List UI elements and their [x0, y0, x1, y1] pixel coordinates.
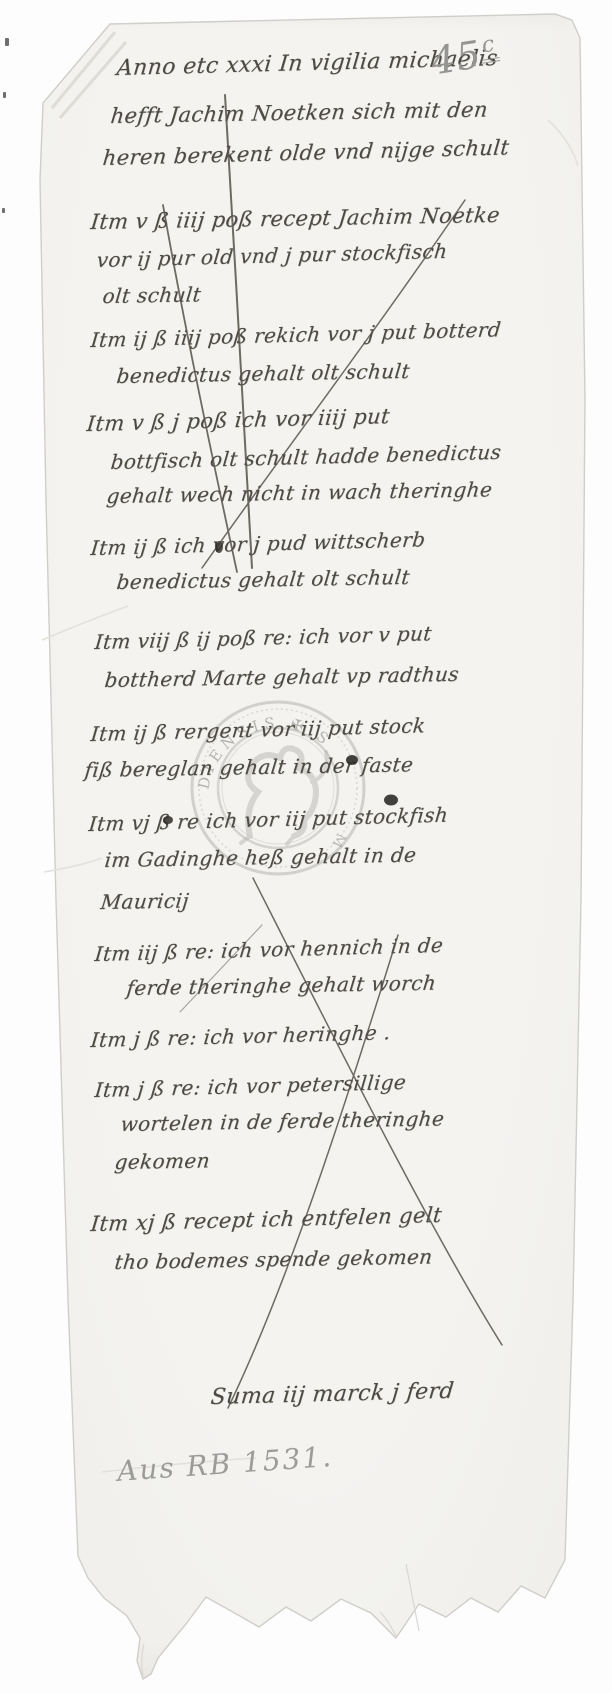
manuscript-line: Mauricij: [99, 888, 190, 914]
manuscript-line: olt schult: [101, 282, 202, 308]
corner-mark-number: 45: [428, 32, 485, 83]
scan-background: DIENSIS ✠ S M Anno etc xxxi In vigilia m…: [0, 0, 612, 1693]
manuscript-line: gekomen: [113, 1148, 211, 1174]
scan-specks: [2, 38, 9, 213]
